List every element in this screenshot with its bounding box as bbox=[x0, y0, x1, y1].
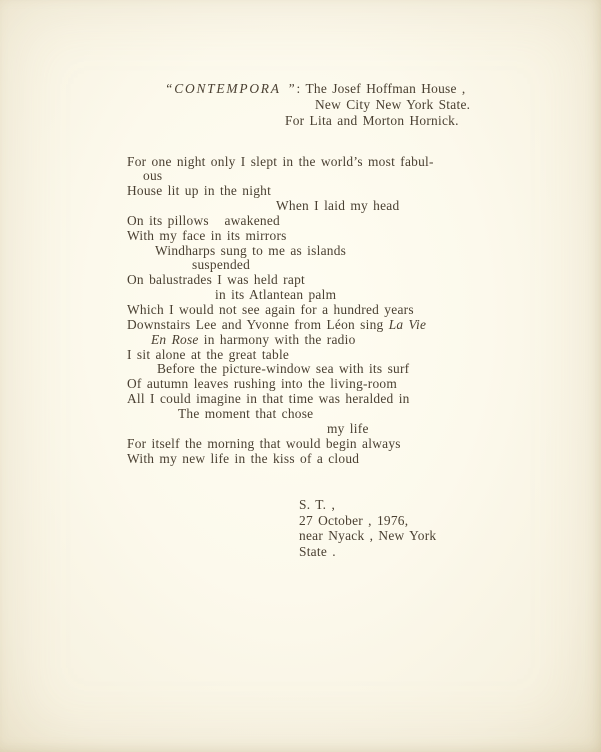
poem-text: in harmony with the radio bbox=[199, 332, 356, 347]
poem-line: my life bbox=[327, 421, 369, 436]
poem-line: All I could imagine in that time was her… bbox=[127, 391, 410, 406]
poem-line: On balustrades I was held rapt bbox=[127, 272, 305, 287]
poem-text: ous bbox=[143, 168, 162, 183]
poem-text: Windharps sung to me as islands bbox=[155, 243, 346, 258]
poem-line: On its pillows awakened bbox=[127, 213, 280, 228]
poem-text: Which I would not see again for a hundre… bbox=[127, 302, 414, 317]
poem-line: suspended bbox=[192, 257, 250, 272]
poem-line: ous bbox=[143, 168, 162, 183]
title-work-name: “CONTEMPORA ” bbox=[165, 81, 297, 96]
poem-text: For itself the morning that would begin … bbox=[127, 436, 401, 451]
poem-page: “CONTEMPORA ”: The Josef Hoffman House ,… bbox=[0, 0, 601, 752]
title-line-1: “CONTEMPORA ”: The Josef Hoffman House , bbox=[165, 81, 466, 96]
poem-line: En Rose in harmony with the radio bbox=[151, 332, 356, 347]
poem-line: Before the picture-window sea with its s… bbox=[157, 361, 409, 376]
poem-line: Which I would not see again for a hundre… bbox=[127, 302, 414, 317]
poem-text: suspended bbox=[192, 257, 250, 272]
poem-text: I sit alone at the great table bbox=[127, 347, 289, 362]
poem-line: in its Atlantean palm bbox=[215, 287, 336, 302]
poem-line: Of autumn leaves rushing into the living… bbox=[127, 376, 397, 391]
poem-text: Of autumn leaves rushing into the living… bbox=[127, 376, 397, 391]
poem-line: For one night only I slept in the world’… bbox=[127, 154, 434, 169]
title-line-3-dedication: For Lita and Morton Hornick. bbox=[285, 113, 459, 128]
signature-place-1: near Nyack , New York bbox=[299, 528, 436, 544]
poem-text: my life bbox=[327, 421, 369, 436]
poem-text: With my face in its mirrors bbox=[127, 228, 287, 243]
poem-text: Downstairs Lee and Yvonne from Léon sing bbox=[127, 317, 389, 332]
signature-date: 27 October , 1976, bbox=[299, 513, 436, 529]
poem-italic-phrase: En Rose bbox=[151, 332, 199, 347]
poem-text: On its pillows awakened bbox=[127, 213, 280, 228]
signature-block: S. T. , 27 October , 1976, near Nyack , … bbox=[299, 497, 436, 559]
poem-line: For itself the morning that would begin … bbox=[127, 436, 401, 451]
poem-text: When I laid my head bbox=[276, 198, 399, 213]
poem-line: I sit alone at the great table bbox=[127, 347, 289, 362]
signature-place-2: State . bbox=[299, 544, 436, 560]
poem-text: House lit up in the night bbox=[127, 183, 271, 198]
poem-line: When I laid my head bbox=[276, 198, 399, 213]
poem-text: in its Atlantean palm bbox=[215, 287, 336, 302]
poem-line: House lit up in the night bbox=[127, 183, 271, 198]
poem-text: On balustrades I was held rapt bbox=[127, 272, 305, 287]
signature-initials: S. T. , bbox=[299, 497, 436, 513]
poem-line: Windharps sung to me as islands bbox=[155, 243, 346, 258]
poem-line: With my face in its mirrors bbox=[127, 228, 287, 243]
title-work-rest: : The Josef Hoffman House , bbox=[297, 81, 466, 96]
poem-text: For one night only I slept in the world’… bbox=[127, 154, 434, 169]
poem-text: All I could imagine in that time was her… bbox=[127, 391, 410, 406]
poem-line: The moment that chose bbox=[178, 406, 313, 421]
poem-line: With my new life in the kiss of a cloud bbox=[127, 451, 359, 466]
poem-text: With my new life in the kiss of a cloud bbox=[127, 451, 359, 466]
poem-line: Downstairs Lee and Yvonne from Léon sing… bbox=[127, 317, 426, 332]
poem-italic-phrase: La Vie bbox=[389, 317, 426, 332]
poem-text: The moment that chose bbox=[178, 406, 313, 421]
title-line-2: New City New York State. bbox=[315, 97, 470, 112]
poem-text: Before the picture-window sea with its s… bbox=[157, 361, 409, 376]
